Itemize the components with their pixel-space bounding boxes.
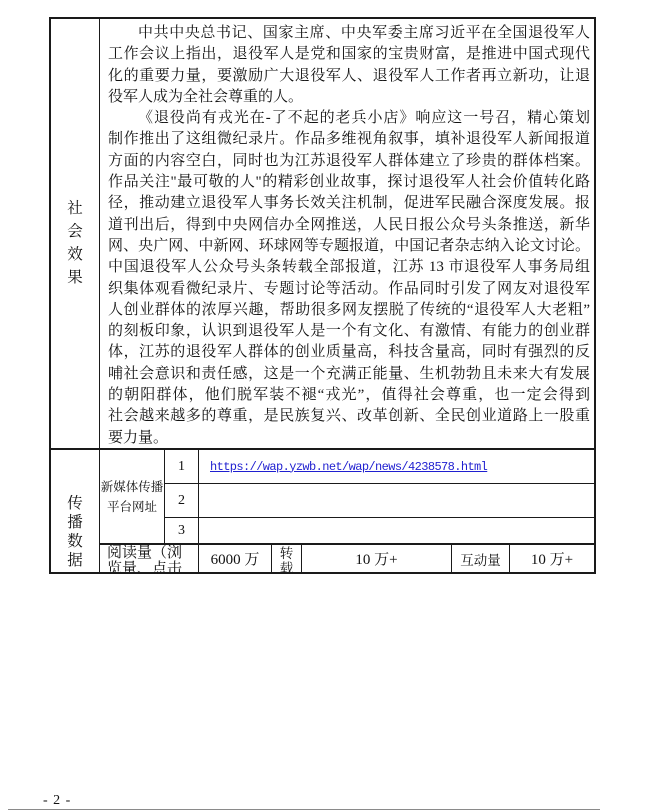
url-cell: https://wap.yzwb.net/wap/news/4238578.ht… (199, 450, 594, 483)
text-line: 的刻板印象，认识到退役军人是一个有文化、有激情、有能力的创业群 (108, 321, 590, 342)
text-line: 中共中央总书记、国家主席、中央军委主席习近平在全国退役军人 (108, 23, 590, 44)
text-line: 方面的内容空白，同时也为江苏退役军人群体建立了珍贵的群体档案。 (108, 151, 590, 172)
document-page: 社会效果 中共中央总书记、国家主席、中央军委主席习近平在全国退役军人 工作会议上… (0, 0, 649, 811)
read-count-value: 6000 万 (211, 548, 260, 569)
url-cell-empty (199, 484, 594, 517)
article-url-link[interactable]: https://wap.yzwb.net/wap/news/4238578.ht… (210, 460, 487, 474)
interaction-value: 10 万+ (531, 548, 573, 569)
text-line: 中国退役军人公众号头条转载全部报道，江苏 13 市退役军人事务局组 (108, 257, 590, 278)
text-line: 社会越来越多的尊重，是民族复兴、改革创新、全民创业道路上一股重 (108, 406, 590, 427)
social-effect-text: 中共中央总书记、国家主席、中央军委主席习近平在全国退役军人 工作会议上指出，退役… (108, 23, 590, 449)
text-line: 哺社会意识和责任感，这是一个充满正能量、生机勃勃且未来大有发展 (108, 364, 590, 385)
social-effect-label: 社会效果 (67, 197, 84, 289)
read-count-value-cell: 6000 万 (199, 545, 271, 572)
url-row-number: 2 (165, 484, 198, 517)
repost-label: 转载 (279, 546, 294, 572)
interaction-label: 互动量 (460, 549, 501, 569)
read-count-label-cell: 阅读量（浏览量、点击 (100, 545, 198, 572)
text-line: 要力量。 (108, 428, 590, 449)
interaction-value-cell: 10 万+ (510, 545, 594, 572)
text-line: 《退役尚有戎光在-了不起的老兵小店》响应这一号召，精心策划 (108, 108, 590, 129)
url-cell-empty (199, 518, 594, 543)
text-line: 织集体观看微纪录片、专题讨论等活动。作品同时引发了网友对退役军 (108, 279, 590, 300)
text-line: 的朝阳群体，他们脱军装不褪“戎光”，值得社会尊重，也一定会得到 (108, 385, 590, 406)
text-line: 径，推动建立退役军人事务长效关注机制，促进军民融合深度发展。报 (108, 193, 590, 214)
social-effect-header-cell: 社会效果 (51, 19, 99, 448)
report-table: 社会效果 中共中央总书记、国家主席、中央军委主席习近平在全国退役军人 工作会议上… (49, 17, 596, 574)
url-row-number: 1 (165, 450, 198, 483)
text-line: 网、央广网、中新网、环球网等专题报道，中国记者杂志纳入论文讨论。 (108, 236, 590, 257)
text-line: 制作推出了这组微纪录片。作品多维视角叙事，填补退役军人新闻报道 (108, 129, 590, 150)
read-count-label: 阅读量（浏览量、点击 (107, 546, 187, 572)
text-line: 道刊出后，得到中央网信办全网推送，人民日报公众号头条推送，新华 (108, 215, 590, 236)
repost-value-cell: 10 万+ (302, 545, 451, 572)
repost-value: 10 万+ (355, 548, 397, 569)
text-line: 人创业群体的浓厚兴趣，帮助很多网友摆脱了传统的“退役军人大老粗” (108, 300, 590, 321)
interaction-label-cell: 互动量 (452, 545, 509, 572)
platform-url-label: 新媒体传播平台网址 (100, 477, 164, 517)
page-bottom-edge (8, 809, 600, 810)
text-line: 役军人成为全社会尊重的人。 (108, 87, 590, 108)
repost-label-cell: 转载 (272, 545, 301, 572)
spread-data-header-cell: 传播数据 (51, 450, 99, 572)
url-row-number: 3 (165, 518, 198, 543)
text-line: 作品关注"最可敬的人"的精彩创业故事，探讨退役军人社会价值转化路 (108, 172, 590, 193)
spread-data-label: 传播数据 (67, 494, 84, 570)
text-line: 体，江苏的退役军人群体的创业质量高，科技含量高，同时有强烈的反 (108, 342, 590, 363)
text-line: 工作会议上指出，退役军人是党和国家的宝贵财富，是推进中国式现代 (108, 44, 590, 65)
page-number: - 2 - (43, 793, 71, 809)
text-line: 化的重要力量，要激励广大退役军人、退役军人工作者再立新功，让退 (108, 66, 590, 87)
platform-url-header-cell: 新媒体传播平台网址 (100, 450, 164, 543)
